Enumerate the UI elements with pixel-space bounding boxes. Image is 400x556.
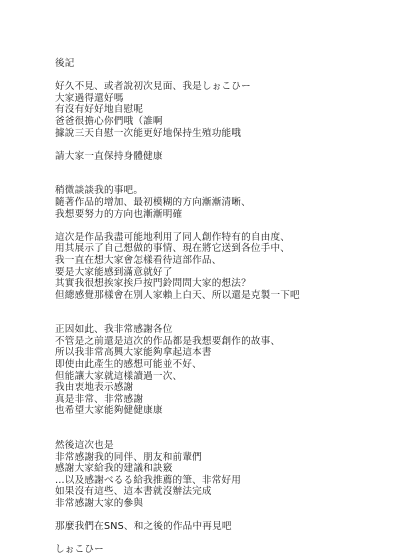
- text-line: 所以我非常高興大家能夠拿起這本書: [55, 347, 375, 359]
- text-line: 我由衷地表示感謝: [55, 382, 375, 394]
- text-line: 爸爸很擔心你們哦（誰啊: [55, 116, 375, 128]
- text-line: 也希望大家能夠健健康康: [55, 405, 375, 417]
- text-line: 有沒有好好地自慰呢: [55, 104, 375, 116]
- thanks-paragraph: 正因如此、我非常感謝各位 不管是之前還是這次的作品都是我想要創作的故事、 所以我…: [55, 324, 375, 417]
- text-line: 隨著作品的增加、最初模糊的方向漸漸清晰、: [55, 197, 375, 209]
- text-line: 感謝大家給我的建議和訣竅: [55, 463, 375, 475]
- about-me-paragraph: 稍微談談我的事吧。 隨著作品的增加、最初模糊的方向漸漸清晰、 我想要努力的方向也…: [55, 185, 375, 220]
- text-line: 真是非常、非常感謝: [55, 394, 375, 406]
- signature: しぉこひー: [55, 544, 375, 556]
- text-line: 但總感覺那樣會在別人家賴上白天、所以還是克製一下吧: [55, 290, 375, 302]
- text-line: 好久不見、或者說初次見面、我是しぉこひー: [55, 81, 375, 93]
- text-line: 不管是之前還是這次的作品都是我想要創作的故事、: [55, 336, 375, 348]
- greeting-paragraph: 好久不見、或者說初次見面、我是しぉこひー 大家過得還好嗎 有沒有好好地自慰呢 爸…: [55, 81, 375, 139]
- text-line: 然後這次也是: [55, 440, 375, 452]
- text-line: 大家過得還好嗎: [55, 93, 375, 105]
- health-paragraph: 請大家一直保持身體健康: [55, 151, 375, 163]
- farewell-paragraph: 那麼我們在SNS、和之後的作品中再見吧: [55, 521, 375, 533]
- text-line: 這次是作品我盡可能地利用了同人創作特有的自由度、: [55, 232, 375, 244]
- text-line: 即使由此產生的感想可能並不好、: [55, 359, 375, 371]
- text-line: 如果沒有這些、這本書就沒辦法完成: [55, 486, 375, 498]
- text-line: …以及感謝べるる給我推薦的筆、非常好用: [55, 475, 375, 487]
- text-line: 正因如此、我非常感謝各位: [55, 324, 375, 336]
- acknowledgements-paragraph: 然後這次也是 非常感謝我的同伴、朋友和前輩們 感謝大家給我的建議和訣竅 …以及感…: [55, 440, 375, 510]
- text-line: 要是大家能感到滿意就好了: [55, 267, 375, 279]
- this-work-paragraph: 這次是作品我盡可能地利用了同人創作特有的自由度、 用其展示了自己想做的事情、現在…: [55, 232, 375, 302]
- text-line: 用其展示了自己想做的事情、現在將它送到各位手中、: [55, 243, 375, 255]
- page-title: 後記: [55, 58, 375, 70]
- text-line: 那麼我們在SNS、和之後的作品中再見吧: [55, 521, 375, 533]
- afterword-page: 後記 好久不見、或者說初次見面、我是しぉこひー 大家過得還好嗎 有沒有好好地自慰…: [55, 58, 375, 556]
- text-line: 我一直在想大家會怎樣看待這部作品、: [55, 255, 375, 267]
- text-line: 我想要努力的方向也漸漸明確: [55, 209, 375, 221]
- text-line: 但能讓大家就這樣讀過一次、: [55, 371, 375, 383]
- text-line: 請大家一直保持身體健康: [55, 151, 375, 163]
- text-line: 其實我很想挨家挨戶按門鈴問問大家的想法？: [55, 278, 375, 290]
- text-line: 非常感謝大家的參與: [55, 498, 375, 510]
- text-line: 非常感謝我的同伴、朋友和前輩們: [55, 452, 375, 464]
- text-line: 稍微談談我的事吧。: [55, 185, 375, 197]
- heading: 後記: [55, 58, 375, 70]
- author-signature: しぉこひー: [55, 544, 375, 556]
- text-line: 據說三天自慰一次能更好地保持生殖功能哦: [55, 128, 375, 140]
